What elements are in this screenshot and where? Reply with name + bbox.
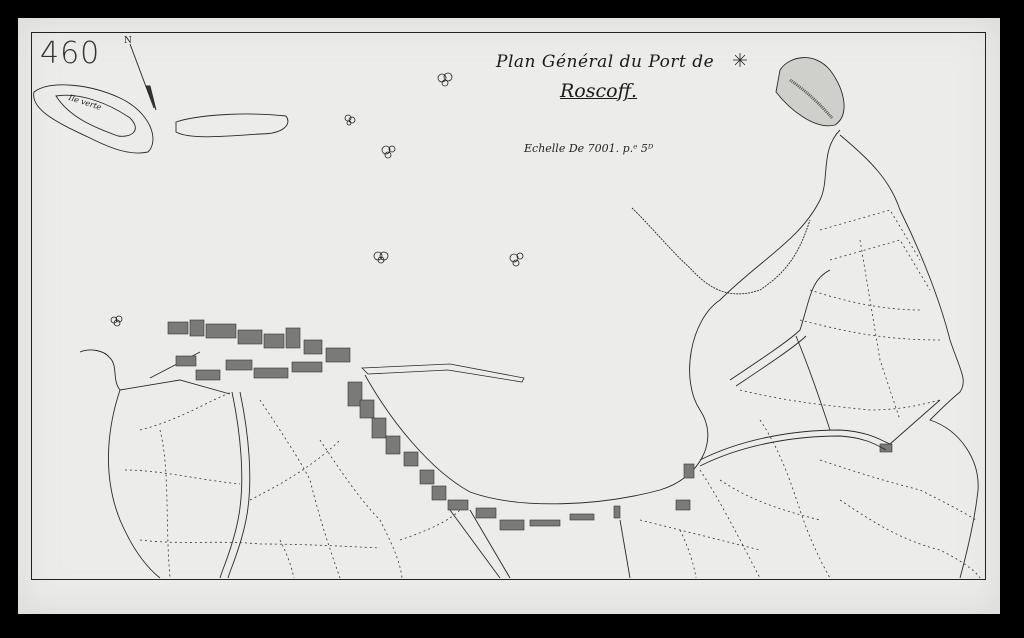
north-arrow xyxy=(130,44,154,108)
road xyxy=(700,430,890,460)
coastline xyxy=(365,130,840,504)
islet-outline xyxy=(176,114,288,137)
rock-symbols xyxy=(111,53,747,326)
east-coast xyxy=(840,135,978,578)
map-drawing xyxy=(0,0,1024,638)
island-outline xyxy=(34,85,153,153)
north-marker: N xyxy=(124,36,132,46)
town-blocks xyxy=(168,320,892,530)
west-coast xyxy=(80,350,160,578)
sand-spit xyxy=(632,208,810,294)
road xyxy=(730,270,830,380)
jetty xyxy=(362,364,524,382)
road xyxy=(220,392,242,578)
headland xyxy=(776,58,844,126)
catalog-number: 460 xyxy=(40,36,100,71)
scale-text: Echelle De 7001. p.ᵉ 5ᴰ xyxy=(524,142,654,155)
map-title-place: Roscoff. xyxy=(560,80,637,102)
map-title: Plan Général du Port de xyxy=(496,52,714,72)
